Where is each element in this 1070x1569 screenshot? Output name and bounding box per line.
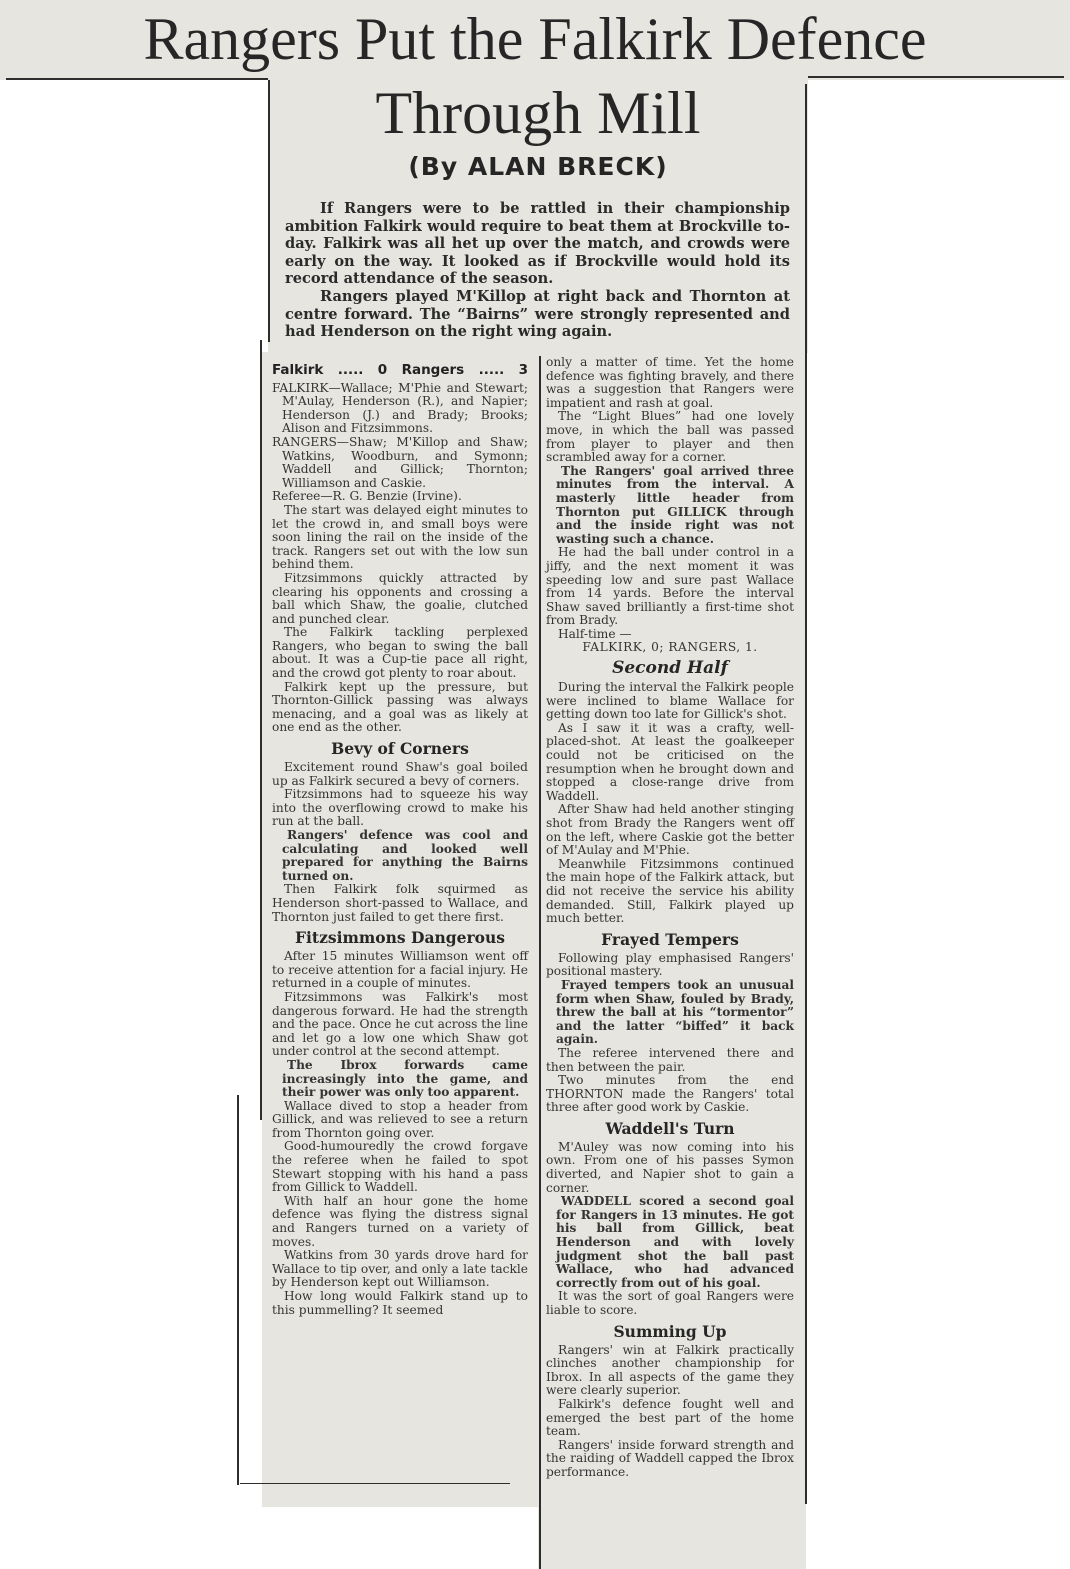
bold-paragraph: WADDELL scored a second goal for Rangers… <box>546 1195 794 1290</box>
right-column: only a matter of time. Yet the home defe… <box>546 356 794 1480</box>
subhead-bevy-of-corners: Bevy of Corners <box>272 739 528 758</box>
away-team: Rangers <box>402 364 465 378</box>
referee: Referee—R. G. Benzie (Irvine). <box>272 490 528 504</box>
article-paragraph: Falkirk's defence fought well and emerge… <box>546 1398 794 1439</box>
halftime-score: FALKIRK, 0; RANGERS, 1. <box>546 641 794 655</box>
intro-paragraph: Rangers played M'Killop at right back an… <box>285 288 790 341</box>
home-score: 0 <box>378 364 387 378</box>
bold-paragraph: The Ibrox forwards came increasingly int… <box>272 1059 528 1100</box>
article-paragraph: Fitzsimmons was Falkirk's most dangerous… <box>272 991 528 1059</box>
article-paragraph: Half-time — <box>546 628 794 642</box>
article-paragraph: Meanwhile Fitzsimmons continued the main… <box>546 858 794 926</box>
headline-rule-left <box>6 78 268 80</box>
headline-rule-right <box>808 76 1064 78</box>
article-paragraph: The “Light Blues” had one lovely move, i… <box>546 410 794 464</box>
article-paragraph: Wallace dived to stop a header from Gill… <box>272 1100 528 1141</box>
article-paragraph: As I saw it it was a crafty, well-placed… <box>546 722 794 804</box>
article-paragraph: only a matter of time. Yet the home defe… <box>546 356 794 410</box>
article-paragraph: Falkirk kept up the pressure, but Thornt… <box>272 681 528 735</box>
article-paragraph: M'Auley was now coming into his own. Fro… <box>546 1141 794 1195</box>
article-paragraph: After Shaw had held another stinging sho… <box>546 803 794 857</box>
article-paragraph: After 15 minutes Williamson went off to … <box>272 950 528 991</box>
subhead-frayed-tempers: Frayed Tempers <box>546 930 794 949</box>
article-paragraph: Then Falkirk folk squirmed as Henderson … <box>272 883 528 924</box>
left-column: Falkirk ..... 0 Rangers ..... 3 FALKIRK—… <box>272 360 528 1317</box>
subhead-waddells-turn: Waddell's Turn <box>546 1119 794 1138</box>
subhead-second-half: Second Half <box>546 659 794 678</box>
article-paragraph: The Falkirk tackling perplexed Rangers, … <box>272 626 528 680</box>
bold-paragraph: The Rangers' goal arrived three minutes … <box>546 465 794 547</box>
left-border-rule-lower <box>237 1095 239 1485</box>
subhead-summing-up: Summing Up <box>546 1322 794 1341</box>
score-separator: ..... <box>338 364 364 378</box>
article-paragraph: He had the ball under control in a jiffy… <box>546 546 794 628</box>
article-paragraph: During the interval the Falkirk people w… <box>546 681 794 722</box>
article-paragraph: With half an hour gone the home defence … <box>272 1195 528 1249</box>
article-paragraph: Fitzsimmons quickly attracted by clearin… <box>272 572 528 626</box>
score-separator: ..... <box>479 364 505 378</box>
article-paragraph: Fitzsimmons had to squeeze his way into … <box>272 788 528 829</box>
column-divider <box>539 356 541 1569</box>
bold-paragraph: Rangers' defence was cool and calculatin… <box>272 829 528 883</box>
article-paragraph: The referee intervened there and then be… <box>546 1047 794 1074</box>
article-paragraph: Two minutes from the end THORNTON made t… <box>546 1074 794 1115</box>
subhead-fitzsimmons-dangerous: Fitzsimmons Dangerous <box>272 928 528 947</box>
article-paragraph: Excitement round Shaw's goal boiled up a… <box>272 761 528 788</box>
article-paragraph: The start was delayed eight minutes to l… <box>272 504 528 572</box>
away-score: 3 <box>519 364 528 378</box>
article-paragraph: Good-humouredly the crowd forgave the re… <box>272 1140 528 1194</box>
byline: (By ALAN BRECK) <box>268 152 808 181</box>
article-paragraph: Following play emphasised Rangers' posit… <box>546 952 794 979</box>
headline-line2: Through Mill <box>268 80 808 146</box>
left-border-rule <box>260 340 262 1120</box>
article-paragraph: Rangers' win at Falkirk practically clin… <box>546 1344 794 1398</box>
article-paragraph: Rangers' inside forward strength and the… <box>546 1439 794 1480</box>
scoreline: Falkirk ..... 0 Rangers ..... 3 <box>272 364 528 378</box>
bottom-rule <box>240 1483 510 1484</box>
article-paragraph: It was the sort of goal Rangers were lia… <box>546 1290 794 1317</box>
bold-paragraph: Frayed tempers took an unusual form when… <box>546 979 794 1047</box>
intro-paragraph: If Rangers were to be rattled in their c… <box>285 200 790 288</box>
article-paragraph: Watkins from 30 yards drove hard for Wal… <box>272 1249 528 1290</box>
falkirk-lineup: FALKIRK—Wallace; M'Phie and Stewart; M'A… <box>272 382 528 436</box>
rangers-lineup: RANGERS—Shaw; M'Killop and Shaw; Watkins… <box>272 436 528 490</box>
right-border-rule <box>805 84 807 1504</box>
home-team: Falkirk <box>272 364 323 378</box>
intro-text: If Rangers were to be rattled in their c… <box>285 200 790 341</box>
article-paragraph: How long would Falkirk stand up to this … <box>272 1290 528 1317</box>
headline-line1: Rangers Put the Falkirk Defence <box>0 6 1070 72</box>
